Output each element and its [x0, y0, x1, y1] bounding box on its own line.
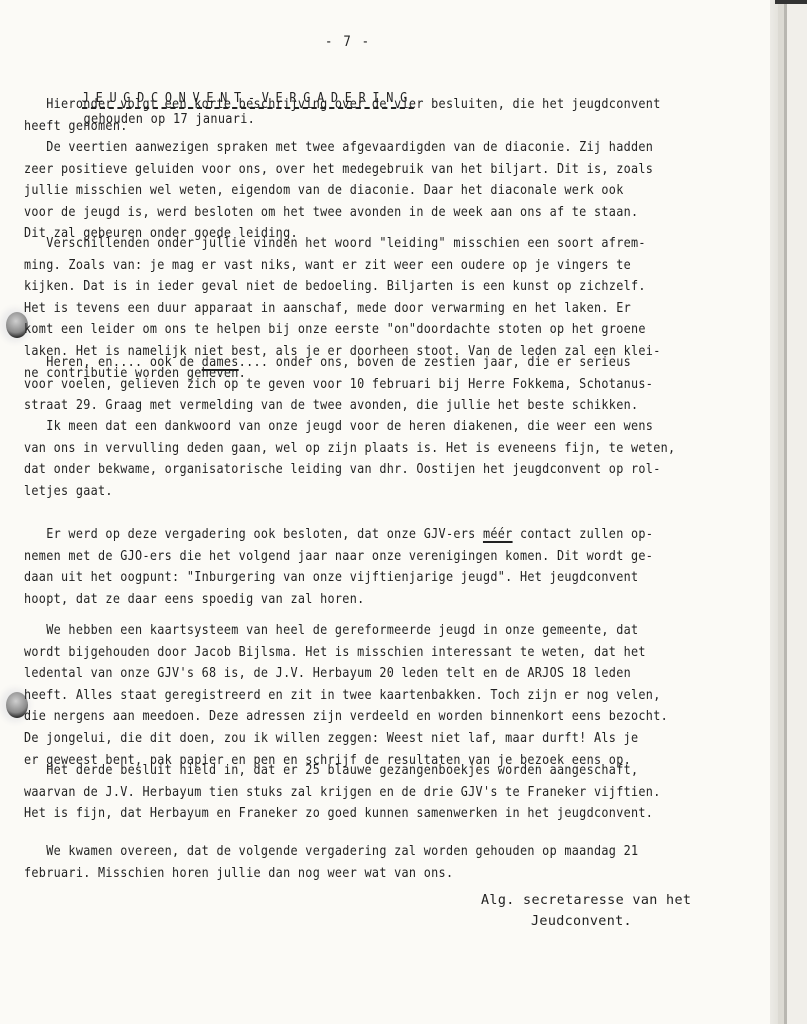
paragraph-line: Ik meen dat een dankwoord van onze jeugd… [24, 416, 653, 438]
paragraph-line: Verschillenden onder jullie vinden het w… [24, 233, 646, 255]
paragraph-line: We kwamen overeen, dat de volgende verga… [24, 841, 638, 863]
paragraph-line: Het is tevens een duur apparaat in aansc… [24, 298, 631, 320]
paragraph-line: van ons in vervulling deden gaan, wel op… [24, 438, 675, 460]
paragraph-line: ledental van onze GJV's 68 is, de J.V. H… [24, 663, 631, 685]
paragraph-line: letjes gaat. [24, 481, 113, 503]
page-number: - 7 - [325, 32, 371, 54]
paragraph-line: Hieronder volgt een korte beschrijving o… [24, 94, 661, 116]
paragraph-line: Het derde besluit hield in, dat er 25 bl… [24, 760, 638, 782]
paragraph-line: straat 29. Graag met vermelding van de t… [24, 395, 638, 417]
paragraph-line: voor de jeugd is, werd besloten om het t… [24, 202, 638, 224]
background-edge [787, 0, 807, 1024]
signature-line-2: Jeudconvent. [531, 914, 632, 929]
paragraph-line: We hebben een kaartsysteem van heel de g… [24, 620, 638, 642]
underlined-word: dames [202, 355, 239, 370]
paragraph-line: Er werd op deze vergadering ook besloten… [24, 524, 653, 546]
paragraph-line: komt een leider om ons te helpen bij onz… [24, 319, 646, 341]
paragraph-line: nemen met de GJO-ers die het volgend jaa… [24, 546, 653, 568]
paragraph-line: De jongelui, die dit doen, zou ik willen… [24, 728, 638, 750]
paragraph-line: De veertien aanwezigen spraken met twee … [24, 137, 653, 159]
paragraph-line: voor voelen, gelieven zich op te geven v… [24, 374, 653, 396]
paragraph-line: waarvan de J.V. Herbayum tien stuks zal … [24, 782, 661, 804]
paragraph-line: februari. Misschien horen jullie dan nog… [24, 863, 453, 885]
paragraph-line: jullie misschien wel weten, eigendom van… [24, 180, 624, 202]
page-edge [770, 0, 778, 1024]
paragraph-line: die nergens aan meedoen. Deze adressen z… [24, 706, 668, 728]
paragraph-line: hoopt, dat ze daar eens spoedig van zal … [24, 589, 365, 611]
paragraph-line: dat onder bekwame, organisatorische leid… [24, 459, 661, 481]
paragraph-line: wordt bijgehouden door Jacob Bijlsma. He… [24, 642, 646, 664]
paragraph-line: ming. Zoals van: je mag er vast niks, wa… [24, 255, 631, 277]
paragraph-line: Het is fijn, dat Herbayum en Franeker zo… [24, 803, 653, 825]
underlined-word: méér [483, 527, 513, 542]
paragraph-line: heeft. Alles staat geregistreerd en zit … [24, 685, 661, 707]
paragraph-line: zeer positieve geluiden voor ons, over h… [24, 159, 653, 181]
paragraph-line: daan uit het oogpunt: "Inburgering van o… [24, 567, 638, 589]
signature-line-1: Alg. secretaresse van het [481, 893, 691, 908]
paragraph-line: kijken. Dat is in ieder geval niet de be… [24, 276, 646, 298]
paragraph-line: Heren, en.... ook de dames.... onder ons… [24, 352, 631, 374]
document-body: - 7 - JEUGDCONVENT-VERGADERING gehouden … [24, 0, 675, 151]
page-edge-top [775, 0, 807, 4]
paragraph-line: heeft genomen. [24, 116, 128, 138]
